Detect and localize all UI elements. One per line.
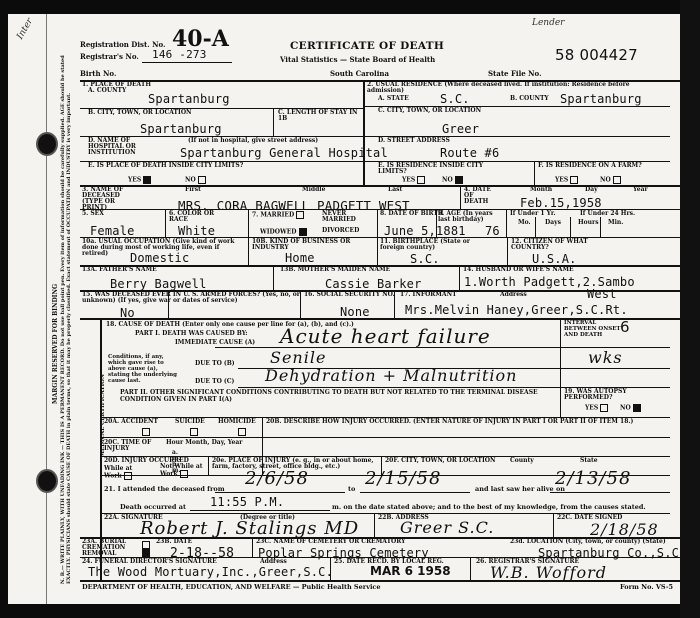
checkbox-icon xyxy=(198,176,206,184)
res-county-value: Spartanburg xyxy=(560,92,642,106)
age-label: 9. AGE (In years last birthday) xyxy=(438,211,498,223)
spouse-label: 14. HUSBAND OR WIFE'S NAME xyxy=(463,267,574,273)
form-number: Form No. VS-5 xyxy=(620,584,673,590)
last-saw-value: 2/13/58 xyxy=(555,468,631,489)
burial-label: 23a. BURIAL CREMATION REMOVAL xyxy=(82,539,142,557)
date-received-value: MAR 6 1958 xyxy=(370,564,451,578)
time-of-injury-label: 20c. TIME OF INJURY xyxy=(104,440,159,452)
due-to-b-label: DUE TO (b) xyxy=(195,361,235,367)
res-state-value: S.C. xyxy=(440,92,470,106)
mother-value: Cassie Barker xyxy=(325,277,422,291)
res-farm-label: f. IS RESIDENCE ON A FARM? xyxy=(538,163,648,169)
burial-location-label: 23d. LOCATION (City, town, or county) (S… xyxy=(510,539,666,545)
res-inside-city-no: NO xyxy=(442,176,463,184)
registrar-no-label: Registrar's No. xyxy=(80,54,139,60)
res-state-label: a. STATE xyxy=(378,96,409,102)
business-value: Home xyxy=(285,251,315,265)
checkbox-checked-icon xyxy=(142,549,150,557)
state-name: South Carolina xyxy=(330,69,389,78)
min-label: Min. xyxy=(608,220,623,226)
autopsy-no: NO xyxy=(620,404,641,412)
burial-date-label: 23b. DATE xyxy=(156,539,192,545)
attended-from-value: 2/6/58 xyxy=(245,468,309,489)
margin-instructions: N. B.— WRITE PLAINLY, WITH UNFADING INK … xyxy=(60,44,76,584)
checkbox-icon xyxy=(190,428,198,436)
checkbox-checked-icon xyxy=(299,228,307,236)
part1-label: PART I. DEATH WAS CAUSED BY: xyxy=(135,331,248,337)
autopsy-label: 19. WAS AUTOPSY PERFORMED? xyxy=(564,389,644,401)
last-label: Last xyxy=(388,187,402,193)
funeral-director-value: The Wood Mortuary,Inc.,Greer,S.C. xyxy=(88,565,333,579)
death-time-value: 11:55 P.M. xyxy=(210,495,284,509)
hours-label: Hours xyxy=(578,220,599,226)
due-to-c-label: DUE TO (c) xyxy=(195,379,234,385)
margin-rule xyxy=(46,14,47,604)
margin-scrawl: Inter xyxy=(15,17,35,42)
lender-annotation: Lender xyxy=(532,18,565,28)
father-value: Berry Bagwell xyxy=(110,277,207,291)
registrar-no-value: 146 -273 xyxy=(152,48,207,61)
res-street-value: Route #6 xyxy=(440,146,499,160)
sex-value: Female xyxy=(90,224,135,238)
physician-signature: Robert J. Stalings MD xyxy=(140,518,359,539)
immediate-cause-label: IMMEDIATE CAUSE (a) xyxy=(175,340,255,346)
checkbox-icon xyxy=(142,428,150,436)
armed-forces-label: 15. WAS DECEASED EVER IN U. S. ARMED FOR… xyxy=(82,292,300,304)
injury-city-label: 20f. CITY, TOWN, OR LOCATION xyxy=(385,458,495,464)
injury-county-label: County xyxy=(510,458,534,464)
checkbox-icon xyxy=(124,472,132,480)
while-at-work-option: While at Work xyxy=(104,466,134,480)
birthplace-value: S.C. xyxy=(410,252,440,266)
father-label: 13a. FATHER'S NAME xyxy=(82,267,157,273)
color-label: 6. COLOR OR RACE xyxy=(169,211,229,223)
department-footer: DEPARTMENT OF HEALTH, EDUCATION, AND WEL… xyxy=(82,584,381,590)
margin-reserved-text: MARGIN RESERVED FOR BINDING xyxy=(52,204,59,404)
state-file-value: 58 004427 xyxy=(555,46,638,64)
time-cols-label: Hour Month, Day, Year xyxy=(166,440,242,446)
interval-label: INTERVAL BETWEEN ONSET AND DEATH xyxy=(564,320,624,338)
checkbox-icon xyxy=(238,428,246,436)
checkbox-icon xyxy=(600,404,608,412)
hospital-label: d. NAME OF HOSPITAL OR INSTITUTION xyxy=(88,138,143,156)
death-county-value: Spartanburg xyxy=(148,92,230,106)
death-occurred-label: Death occurred at xyxy=(120,504,186,510)
cemetery-label: 23c. NAME OF CEMETERY OR CREMATORY xyxy=(256,539,405,545)
citizen-value: U.S.A. xyxy=(532,252,577,266)
year-label: Year xyxy=(633,187,648,193)
occupation-value: Domestic xyxy=(130,251,189,265)
citizen-label: 12. CITIZEN OF WHAT COUNTRY? xyxy=(511,239,611,251)
part2-label: PART II. OTHER SIGNIFICANT CONDITIONS CO… xyxy=(120,389,560,403)
death-city-limits-no: NO xyxy=(185,176,206,184)
homicide-label: HOMICIDE xyxy=(218,419,256,425)
res-street-label: d. STREET ADDRESS xyxy=(378,138,450,144)
checkbox-icon xyxy=(296,211,304,219)
mo-label: Mo. xyxy=(518,220,531,226)
physician-address-value: Greer S.C. xyxy=(400,518,494,537)
days-label: Days xyxy=(545,220,561,226)
checkbox-checked-icon xyxy=(633,404,641,412)
suicide-label: SUICIDE xyxy=(175,419,205,425)
checkbox-icon xyxy=(417,176,425,184)
certificate-title: CERTIFICATE OF DEATH xyxy=(290,40,444,52)
death-city-limits-yes: YES xyxy=(128,176,151,184)
state-file-label: State File No. xyxy=(488,71,542,77)
accident-label: 20a. ACCIDENT xyxy=(104,419,158,425)
res-farm-no: NO xyxy=(600,176,621,184)
hospital-hint: (If not in hospital, give street address… xyxy=(188,138,318,144)
dob-value: June 5,1881 xyxy=(384,224,466,238)
death-county-label: a. COUNTY xyxy=(88,88,126,94)
date-of-death-value: Feb.15,1958 xyxy=(520,196,602,210)
spouse-value-cont: West xyxy=(587,287,617,301)
checkbox-checked-icon xyxy=(455,176,463,184)
deceased-name-label: 3. NAME OF DECEASED (Type or print) xyxy=(82,187,142,211)
res-city-label: c. CITY, TOWN, OR LOCATION xyxy=(378,108,481,114)
knowledge-statement: m. on the date stated above; and to the … xyxy=(332,504,646,510)
attended-label: 21. I attended the deceased from xyxy=(104,486,225,492)
married-option: 7. MARRIED xyxy=(252,211,304,219)
checkbox-icon xyxy=(613,176,621,184)
length-of-stay-label: c. LENGTH OF STAY IN 1b xyxy=(278,110,358,122)
age-value: 76 xyxy=(485,224,500,238)
certificate-subtitle: Vital Statistics — State Board of Health xyxy=(280,55,435,64)
death-city-value: Spartanburg xyxy=(140,122,222,136)
death-city-label: b. CITY, TOWN, OR LOCATION xyxy=(88,110,192,116)
ssn-value: None xyxy=(340,305,370,319)
attended-to-value: 2/15/58 xyxy=(365,468,441,489)
mother-label: 13b. MOTHER'S MAIDEN NAME xyxy=(280,267,390,273)
due-to-b-value: Senile xyxy=(270,348,326,367)
res-city-value: Greer xyxy=(442,122,479,136)
scan-border xyxy=(680,0,700,618)
day-label: Day xyxy=(585,187,598,193)
checkbox-checked-icon xyxy=(143,176,151,184)
injury-state-label: State xyxy=(580,458,598,464)
res-farm-yes: YES xyxy=(555,176,578,184)
first-label: First xyxy=(185,187,201,193)
date-of-death-label: 4. DATE OF DEATH xyxy=(464,187,494,205)
informant-address-label: Address xyxy=(500,292,527,298)
punch-hole-icon xyxy=(36,469,58,493)
under-1-yr-label: If Under 1 Yr. xyxy=(510,211,556,217)
ssn-label: 16. SOCIAL SECURITY NO. xyxy=(304,292,395,298)
informant-value: Mrs.Melvin Haney,Greer,S.C.Rt. xyxy=(405,303,628,317)
month-label: Month xyxy=(530,187,552,193)
res-county-label: b. COUNTY xyxy=(510,96,549,102)
interval-b-value: wks xyxy=(588,348,623,367)
sex-label: 5. SEX xyxy=(82,211,104,217)
to-label: to xyxy=(348,486,355,492)
immediate-cause-value: Acute heart failure xyxy=(280,324,491,348)
never-married-label: NEVER MARRIED xyxy=(322,211,362,223)
res-inside-city-label: e. IS RESIDENCE INSIDE CITY LIMITS? xyxy=(378,163,498,175)
checkbox-icon xyxy=(180,470,188,478)
autopsy-yes: YES xyxy=(585,404,608,412)
business-label: 10b. KIND OF BUSINESS OR INDUSTRY xyxy=(252,239,352,251)
death-city-limits-label: e. IS PLACE OF DEATH INSIDE CITY LIMITS? xyxy=(88,163,243,169)
binding-margin: Inter MARGIN RESERVED FOR BINDING N. B.—… xyxy=(8,14,70,604)
due-to-c-value: Dehydration + Malnutrition xyxy=(265,366,517,385)
conditions-label: Conditions, if any, which gave rise to a… xyxy=(108,354,178,384)
under-24-hrs-label: If Under 24 Hrs. xyxy=(580,211,635,217)
checkbox-icon xyxy=(570,176,578,184)
birthplace-label: 11. BIRTHPLACE (State or foreign country… xyxy=(380,239,470,251)
widowed-option: WIDOWED xyxy=(260,228,307,236)
hospital-value: Spartanburg General Hospital xyxy=(180,146,388,160)
checkbox-icon xyxy=(142,541,150,549)
interval-a-value: 6 xyxy=(620,318,630,336)
color-value: White xyxy=(178,224,215,238)
death-certificate-form: Registration Dist. No. 40-A Registrar's … xyxy=(80,20,680,600)
informant-label: 17. INFORMANT xyxy=(400,292,457,298)
middle-label: Middle xyxy=(302,187,325,193)
punch-hole-icon xyxy=(36,132,58,156)
dob-label: 8. DATE OF BIRTH xyxy=(380,211,443,217)
birth-no-label: Birth No. xyxy=(80,71,116,77)
res-inside-city-yes: YES xyxy=(402,176,425,184)
describe-injury-label: 20b. DESCRIBE HOW INJURY OCCURRED. (Ente… xyxy=(266,419,633,425)
divorced-label: DIVORCED xyxy=(322,228,359,234)
